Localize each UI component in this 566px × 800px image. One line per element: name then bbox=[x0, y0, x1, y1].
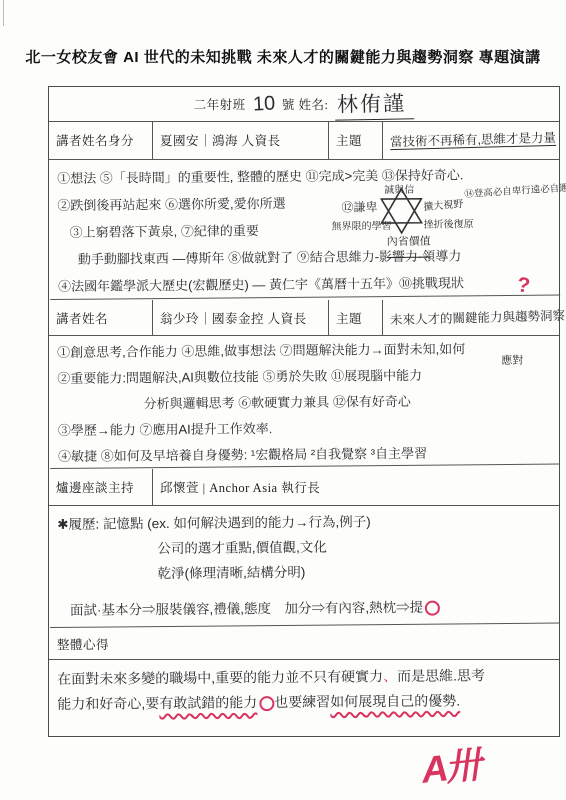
reflection-line-1: 在面對未來多變的職場中,重要的能力並不只有硬實力、而是思維.思考 bbox=[57, 663, 553, 692]
overall-notes: 在面對未來多變的職場中,重要的能力並不只有硬實力、而是思維.思考 能力和好奇心,… bbox=[49, 656, 560, 736]
star-note-far-right: ⑭登高必自卑行遠必自邇 bbox=[464, 174, 566, 207]
speaker1-topic-handwritten: 當技術不再稀有,思維才是力量 bbox=[390, 131, 556, 150]
class-label: 二年射班 bbox=[194, 95, 246, 113]
speaker2-notes: ①創意思考,合作能力 ④思維,做事想法 ⑦問題解決能力→面對未知,如何 應對 ②… bbox=[49, 332, 560, 469]
star-label-right-bottom: 挫折後復原 bbox=[423, 211, 473, 238]
speaker2-label: 講者姓名 bbox=[56, 309, 108, 327]
speaker1-topic-cell: 當技術不再稀有,思維才是力量 bbox=[383, 122, 563, 159]
star-label-bottom: 內省價值 bbox=[387, 228, 431, 257]
speaker1-topic-label: 主題 bbox=[336, 131, 362, 149]
interview-note-text: 面試·基本分⇒服裝儀容,禮儀,態度 加分⇒有內容,熱枕⇒提 bbox=[70, 600, 423, 618]
reflection-text: 能力和好奇心,要 bbox=[57, 695, 159, 712]
red-wavy-underlined-text: 如何展現自己的優勢. bbox=[330, 693, 460, 710]
speaker1-label: 講者姓名身分 bbox=[56, 131, 134, 149]
name-label: 號 姓名: bbox=[282, 95, 329, 113]
speaker2-name: 翁少玲｜國泰金控 人資長 bbox=[160, 309, 307, 327]
page-title: 北一女校友會 AI 世代的未知挑戰 未來人才的關鍵能力與趨勢洞察 專題演講 bbox=[0, 46, 566, 67]
scan-edge-artifact bbox=[3, 0, 4, 26]
worksheet-table: 二年射班 10 號 姓名: 林侑謹 講者姓名身分 夏國安｜鴻海 人資長 主題 當… bbox=[48, 86, 560, 737]
speaker1-label-cell: 講者姓名身分 bbox=[49, 122, 153, 159]
host-row: 爐邊座談主持 邱懷萱 | Anchor Asia 執行長 bbox=[49, 469, 559, 506]
reflection-text: 在面對未來多變的職場中,重要的能力並不只有硬實力 bbox=[57, 668, 383, 687]
speaker2-topic-handwritten: 未來人才的關鍵能力與趨勢洞察 bbox=[390, 308, 565, 327]
student-name-handwritten: 林侑謹 bbox=[335, 87, 415, 120]
red-circle-annotation bbox=[259, 696, 274, 711]
red-wavy-underlined-text: 有敢試錯的能力 bbox=[159, 695, 257, 712]
speaker2-header-row: 講者姓名 翁少玲｜國泰金控 人資長 主題 未來人才的關鍵能力與趨勢洞察 bbox=[49, 300, 559, 337]
note-line: 乾淨(條理清晰,結構分明) bbox=[57, 558, 553, 587]
speaker2-topic-label-cell: 主題 bbox=[329, 300, 383, 336]
note-line: ④敏捷 ⑧如何及早培養自身優勢: ¹宏觀格局 ²自我覺察 ³自主學習 bbox=[58, 440, 554, 470]
red-pause-mark: 、 bbox=[383, 668, 397, 684]
reflection-line-2: 能力和好奇心,要有敢試錯的能力也要練習如何展現自己的優勢. bbox=[57, 688, 553, 717]
host-value: 邱懷萱 | Anchor Asia 執行長 bbox=[160, 478, 320, 496]
scanned-worksheet-page: 北一女校友會 AI 世代的未知挑戰 未來人才的關鍵能力與趨勢洞察 專題演講 二年… bbox=[0, 0, 566, 800]
speaker2-name-cell: 翁少玲｜國泰金控 人資長 bbox=[153, 300, 329, 336]
star-label-top: 誠與信 bbox=[384, 176, 414, 203]
speaker1-name: 夏國安｜鴻海 人資長 bbox=[160, 131, 281, 149]
speaker2-topic-cell: 未來人才的關鍵能力與趨勢洞察 bbox=[383, 300, 566, 336]
red-circle-annotation bbox=[425, 601, 440, 616]
speaker2-label-cell: 講者姓名 bbox=[49, 300, 153, 336]
speaker1-name-cell: 夏國安｜鴻海 人資長 bbox=[153, 122, 329, 159]
speaker1-header-row: 講者姓名身分 夏國安｜鴻海 人資長 主題 當技術不再稀有,思維才是力量 bbox=[49, 122, 559, 160]
note-line: ④法國年鑑學派大歷史(宏觀歷史) — 黃仁宇《萬曆十五年》⑩挑戰現狀 bbox=[58, 268, 554, 299]
reflection-text: 而是思維.思考 bbox=[397, 668, 485, 685]
star-label-left: 無界限的學習 bbox=[331, 213, 391, 241]
overall-label: 整體心得 bbox=[57, 635, 109, 653]
values-star-diagram: ⑫謙卑 誠與信 擴大視野 ⑭登高必自卑行遠必自邇 挫折後復原 無界限的學習 內省… bbox=[331, 175, 558, 249]
host-label: 爐邊座談主持 bbox=[56, 478, 134, 496]
student-info-row: 二年射班 10 號 姓名: 林侑謹 bbox=[49, 87, 559, 122]
host-label-cell: 爐邊座談主持 bbox=[49, 469, 153, 505]
note-line-interview: 面試·基本分⇒服裝儀容,禮儀,態度 加分⇒有內容,熱枕⇒提 bbox=[58, 594, 554, 623]
speaker1-notes: ①想法 ⑤「長時間」的重要性, 整體的歷史 ⑪完成>完美 ⑬保持好奇心. ②跌倒… bbox=[49, 155, 560, 299]
reflection-text: 也要練習 bbox=[274, 694, 330, 710]
seat-number-handwritten: 10 bbox=[252, 94, 275, 113]
fireside-notes: ✱履歷: 記憶點 (ex. 如何解決遇到的能力→行為,例子) 公司的選才重點,價… bbox=[49, 502, 560, 629]
host-value-cell: 邱懷萱 | Anchor Asia 執行長 bbox=[153, 469, 559, 505]
note-inline-annotation: 應對 bbox=[501, 348, 523, 374]
speaker2-topic-label: 主題 bbox=[336, 309, 362, 327]
speaker1-topic-label-cell: 主題 bbox=[329, 122, 383, 159]
teacher-grade-mark: A卅 bbox=[418, 734, 481, 794]
